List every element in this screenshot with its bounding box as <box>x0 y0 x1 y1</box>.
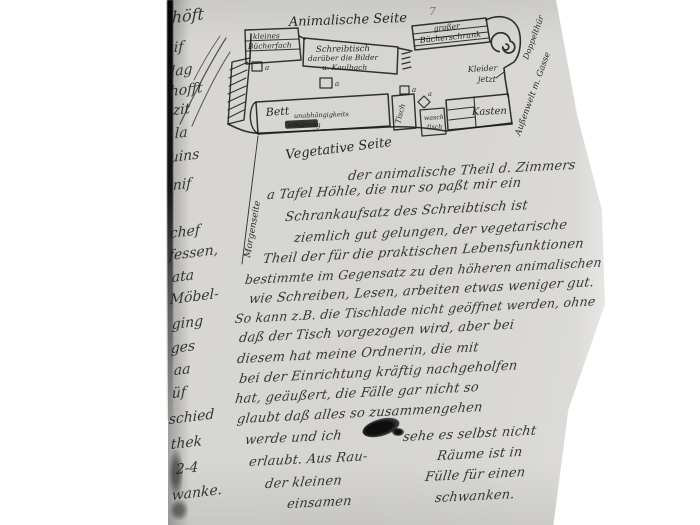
chest-box: Kasten <box>446 94 512 130</box>
margin-note: aa <box>174 361 191 379</box>
margin-note: if <box>174 39 184 56</box>
room-corner-curve <box>486 17 520 96</box>
wall-tick-marks <box>402 52 411 69</box>
ink-blot <box>392 428 404 436</box>
margin-note: lag <box>171 61 193 80</box>
chair-marker-a: a <box>412 86 416 94</box>
hatched-door <box>228 58 250 124</box>
desk-box: Schreibtisch darüber die Bilder u. Kaulb… <box>303 38 398 74</box>
small-bookshelf-box: kleines Bücherfach <box>245 28 301 64</box>
margin-note: la <box>175 124 188 142</box>
margin-note: höft <box>172 4 204 27</box>
washstand-label: tisch <box>427 124 442 131</box>
chest-label: Kasten <box>471 106 507 118</box>
table-box: Tisch <box>392 94 416 130</box>
stove-spiral-icon <box>491 33 515 53</box>
desk-label: u. Kaulbach <box>322 63 367 72</box>
clothes-note: Kleider <box>467 63 499 74</box>
desk-label: darüber die Bilder <box>308 53 379 63</box>
chair-marker-box <box>320 78 332 88</box>
small-bookshelf-label: Bücherfach <box>247 40 292 51</box>
small-bookshelf-label: kleines <box>253 31 280 41</box>
plan-title: Animalische Seite <box>288 11 408 30</box>
chair-marker-a: a <box>265 64 269 72</box>
chair-marker-a: a <box>335 80 339 88</box>
bed-label: Bett <box>264 104 290 119</box>
washstand-box: wasch tisch <box>420 108 446 136</box>
margin-note: üf <box>172 384 186 402</box>
washstand-label: wasch <box>424 114 444 122</box>
margin-note: nif <box>173 176 192 194</box>
bed-note: unabhängigkeits <box>294 110 350 120</box>
table-label: Tisch <box>393 102 407 124</box>
chair-marker-box <box>400 86 409 94</box>
bookcase-box: großer Bücherschrank <box>412 18 490 50</box>
bed-box: Bett unabhängigkeits erklärung <box>250 94 390 134</box>
clothes-note: jetzt <box>476 75 497 84</box>
margin-note: ata <box>172 267 194 286</box>
vegetative-label: Vegetative Seite <box>285 135 393 163</box>
chair-marker-a: a <box>428 90 432 98</box>
margin-note: ges <box>171 338 196 357</box>
margin-note: 2-4 <box>176 459 199 478</box>
margin-note: zit <box>173 101 191 119</box>
outer-world-label: Außenwelt m. Gasse <box>513 51 553 138</box>
